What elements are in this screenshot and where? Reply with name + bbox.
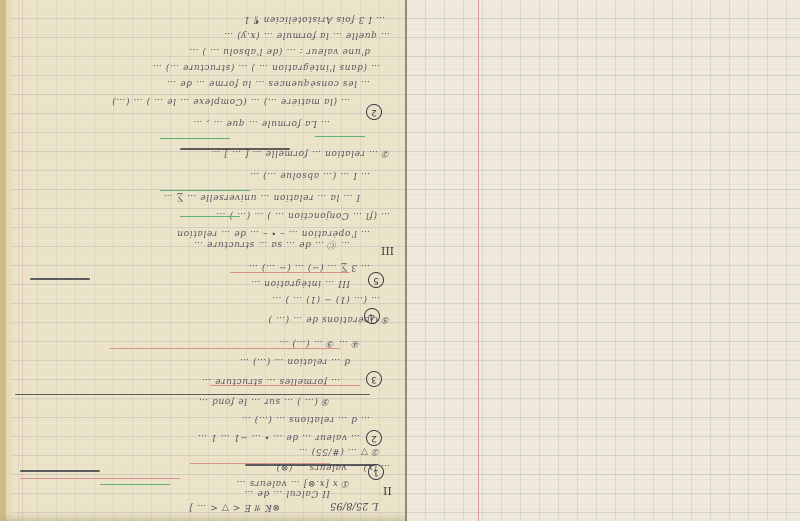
left-page: … I 3 fois Aristotélicien ¶ 1 … quelle ……	[0, 0, 407, 521]
section-marker: II	[383, 484, 392, 497]
section-marker: 2	[366, 430, 382, 446]
green-underline	[160, 190, 250, 191]
left-margin-line	[22, 0, 23, 521]
handwritten-line: … d … relations … (…) …	[30, 412, 370, 424]
handwritten-line: d'une valeur : … (de l'absolu … ) …	[30, 44, 370, 56]
section-marker: III	[381, 244, 394, 257]
handwritten-line: … (la matière …) … (Complexe … le … ) … …	[30, 94, 350, 106]
handwritten-line: ④ … ③ … (…) …	[30, 336, 360, 348]
handwritten-line: ⊗K 𝔄 E < ▽ < … ]	[30, 500, 280, 512]
handwritten-line: … quelle … la formule … (x.y) …	[30, 28, 390, 40]
right-page	[407, 0, 800, 521]
right-page-margin-line	[478, 0, 479, 521]
strike-through	[20, 470, 100, 472]
red-underline	[20, 478, 180, 479]
strike-through	[30, 278, 90, 280]
section-marker: 4	[364, 308, 380, 324]
handwritten-line: ⑤ (… ) … sur … le fond …	[30, 394, 330, 406]
handwritten-line: … La formule … que … , …	[30, 116, 330, 128]
handwritten-line: I … la … relation … universelle … ∑ …	[30, 190, 360, 202]
handwritten-line: … 3 ∑ … (−) … (− …) …	[30, 260, 370, 272]
handwritten-line: … Ⓒ … de … sa … structure …	[30, 240, 350, 252]
page-edge	[0, 0, 6, 521]
green-underline	[180, 216, 240, 217]
handwritten-line: … les conséquences … la forme … de …	[30, 76, 370, 88]
handwritten-lines: … I 3 fois Aristotélicien ¶ 1 … quelle ……	[30, 8, 400, 513]
handwritten-line: … (dans l'intégration … ) … (structure ……	[30, 60, 380, 72]
green-underline	[315, 136, 365, 137]
strike-through	[15, 394, 370, 395]
handwritten-line: II Calcul … de …	[30, 486, 330, 498]
handwritten-line: … valeur … de … ∙ … −1 … 1 …	[30, 430, 360, 442]
red-underline	[230, 272, 350, 273]
page-shadow	[0, 513, 407, 521]
strike-through	[180, 148, 290, 150]
handwritten-line: … (… (1) − (1) … ) …	[30, 292, 380, 304]
handwritten-line: … I … (… absolue …) …	[30, 168, 370, 180]
strike-through	[245, 464, 375, 466]
notebook-spread: … I 3 fois Aristotélicien ¶ 1 … quelle ……	[0, 0, 800, 521]
section-marker: 5	[368, 272, 384, 288]
handwritten-line: d … relation … (…) …	[30, 354, 350, 366]
page-date: L 25/8/95	[330, 500, 378, 511]
handwritten-line: ② ▽ … (#/55) …	[30, 444, 380, 456]
red-underline	[210, 385, 360, 386]
section-marker: 2	[366, 104, 382, 120]
green-underline	[100, 484, 170, 485]
green-underline	[160, 138, 230, 139]
handwritten-line: … (fl … Conjonction … ) … (… ) …	[30, 208, 390, 220]
section-marker: 3	[366, 371, 382, 387]
section-marker: 1	[368, 464, 384, 480]
handwritten-line: ⑤ Opérations de … (… )	[30, 312, 390, 324]
handwritten-line: … I 3 fois Aristotélicien ¶ 1	[30, 12, 385, 24]
red-underline	[110, 348, 340, 349]
handwritten-line: … l'opération … – ∙ – … de … relation	[30, 226, 370, 238]
